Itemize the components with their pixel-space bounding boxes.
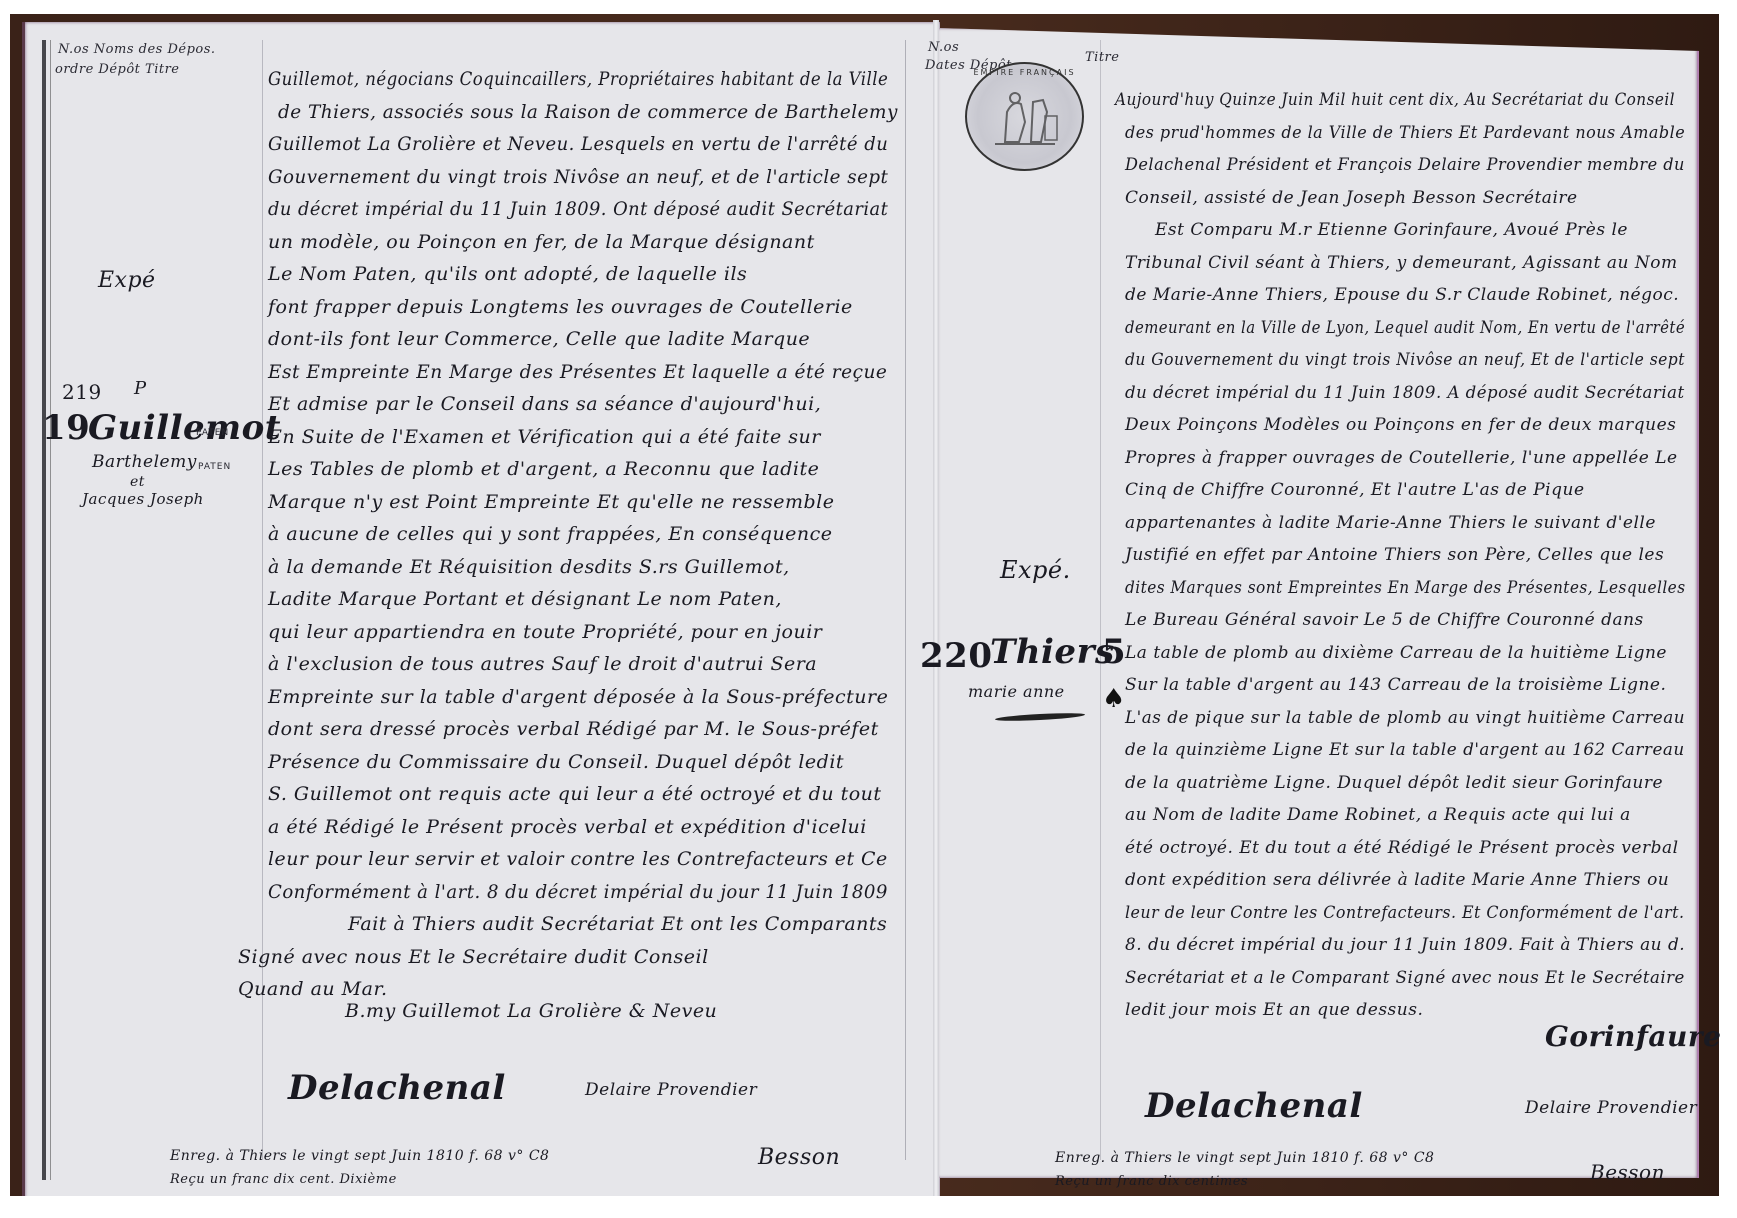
handwritten-line: 8. du décret impérial du jour 11 Juin 18… xyxy=(1125,935,1685,955)
left-entry-first-names-3: Jacques Joseph xyxy=(82,490,204,508)
left-signature-secretary: Besson xyxy=(758,1145,840,1170)
handwritten-line: Deux Poinçons Modèles ou Poinçons en fer… xyxy=(1125,415,1676,435)
handwritten-line: Fait à Thiers audit Secrétariat Et ont l… xyxy=(348,913,887,935)
handwritten-line: à l'exclusion de tous autres Sauf le dro… xyxy=(268,653,817,675)
seal-figure-icon xyxy=(985,82,1063,152)
handwritten-line: Delachenal Président et François Delaire… xyxy=(1125,155,1685,175)
handwritten-line: été octroyé. Et du tout a été Rédigé le … xyxy=(1125,838,1679,858)
handwritten-line: Tribunal Civil séant à Thiers, y demeura… xyxy=(1125,253,1678,273)
image-border-right xyxy=(1719,0,1737,1218)
margin-rule-right xyxy=(1100,40,1101,1160)
image-border-bottom xyxy=(0,1196,1737,1218)
left-entry-mark-label-1: PATEN xyxy=(196,428,229,438)
right-margin-expedie: Expé. xyxy=(1000,556,1071,584)
handwritten-line: Signé avec nous Et le Secrétaire dudit C… xyxy=(238,946,709,968)
handwritten-line: Justifié en effet par Antoine Thiers son… xyxy=(1125,545,1664,565)
handwritten-line: Quand au Mar. xyxy=(238,978,388,1000)
handwritten-line: dont expédition sera délivrée à ladite M… xyxy=(1125,870,1669,890)
handwritten-line: à aucune de celles qui y sont frappées, … xyxy=(268,523,833,545)
handwritten-line: Les Tables de plomb et d'argent, a Recon… xyxy=(268,458,819,480)
left-entry-number-small: 219 xyxy=(62,380,102,404)
right-entry-number: 220 xyxy=(920,636,992,676)
right-entry-mark-number: 5 xyxy=(1102,632,1126,672)
left-registration-line1: Enreg. à Thiers le vingt sept Juin 1810 … xyxy=(170,1148,549,1164)
right-signature-secretary: Besson xyxy=(1590,1160,1665,1184)
handwritten-line: Le Bureau Général savoir Le 5 de Chiffre… xyxy=(1125,610,1644,630)
spade-mark-icon: ♠ xyxy=(1102,684,1125,714)
left-depositor-signature: B.my Guillemot La Grolière & Neveu xyxy=(345,1000,717,1022)
left-registration-line2: Reçu un franc dix cent. Dixième xyxy=(170,1172,397,1187)
binding-edge-inner xyxy=(50,40,51,1180)
left-entry-first-names-2: et xyxy=(130,474,145,490)
handwritten-line: S. Guillemot ont requis acte qui leur a … xyxy=(268,783,882,805)
right-entry-place: Thiers xyxy=(990,632,1115,672)
handwritten-line: de la quatrième Ligne. Duquel dépôt ledi… xyxy=(1125,773,1663,793)
page-fold xyxy=(933,20,939,1200)
right-signature-president: Delachenal xyxy=(1145,1086,1363,1126)
handwritten-line: L'as de pique sur la table de plomb au v… xyxy=(1125,708,1685,728)
left-signature-president: Delachenal xyxy=(288,1068,506,1108)
right-depositor-signature: Gorinfaure xyxy=(1545,1020,1721,1053)
handwritten-line: dites Marques sont Empreintes En Marge d… xyxy=(1125,578,1686,598)
handwritten-line: Gouvernement du vingt trois Nivôse an ne… xyxy=(268,166,888,188)
left-margin-expedie: Expé xyxy=(98,268,156,293)
handwritten-line: Propres à frapper ouvrages de Coutelleri… xyxy=(1125,448,1678,468)
right-signature-member: Delaire Provendier xyxy=(1525,1098,1697,1118)
handwritten-line: Empreinte sur la table d'argent déposée … xyxy=(268,686,888,708)
handwritten-line: Guillemot La Grolière et Neveu. Lesquels… xyxy=(268,133,888,155)
handwritten-line: font frapper depuis Longtems les ouvrage… xyxy=(268,296,853,318)
left-entry-first-names-1: Barthelemy xyxy=(92,452,197,472)
handwritten-line: Est Comparu M.r Etienne Gorinfaure, Avou… xyxy=(1155,220,1628,240)
left-entry-number: 19 xyxy=(42,408,90,448)
handwritten-line: Aujourd'huy Quinze Juin Mil huit cent di… xyxy=(1115,90,1675,110)
handwritten-line: du décret impérial du 11 Juin 1809. Ont … xyxy=(268,198,888,220)
handwritten-line: du Gouvernement du vingt trois Nivôse an… xyxy=(1125,350,1685,370)
handwritten-line: de Marie-Anne Thiers, Epouse du S.r Clau… xyxy=(1125,285,1679,305)
left-signature-member: Delaire Provendier xyxy=(585,1080,757,1100)
seal-legend: EMPIRE FRANÇAIS xyxy=(967,68,1082,77)
handwritten-line: du décret impérial du 11 Juin 1809. A dé… xyxy=(1125,383,1685,403)
right-header-line1: N.os xyxy=(928,40,959,55)
left-entry-surname: Guillemot xyxy=(88,408,281,448)
left-entry-mark-small: P xyxy=(134,378,147,399)
handwritten-line: appartenantes à ladite Marie-Anne Thiers… xyxy=(1125,513,1656,533)
handwritten-line: un modèle, ou Poinçon en fer, de la Marq… xyxy=(268,231,815,253)
binding-edge xyxy=(42,40,46,1180)
handwritten-line: Cinq de Chiffre Couronné, Et l'autre L'a… xyxy=(1125,480,1585,500)
handwritten-line: Sur la table d'argent au 143 Carreau de … xyxy=(1125,675,1666,695)
left-header-line1: N.os Noms des Dépos. xyxy=(58,42,216,57)
handwritten-line: Conformément à l'art. 8 du décret impéri… xyxy=(268,881,888,903)
handwritten-line: a été Rédigé le Présent procès verbal et… xyxy=(268,816,867,838)
image-border-top xyxy=(0,0,1737,14)
handwritten-line: ledit jour mois Et an que dessus. xyxy=(1125,1000,1423,1020)
right-registration-line1: Enreg. à Thiers le vingt sept Juin 1810 … xyxy=(1055,1150,1434,1166)
handwritten-line: à la demande Et Réquisition desdits S.rs… xyxy=(268,556,790,578)
left-header-line2: ordre Dépôt Titre xyxy=(55,62,179,77)
right-entry-first-names: marie anne xyxy=(968,682,1065,701)
handwritten-line: demeurant en la Ville de Lyon, Lequel au… xyxy=(1125,318,1685,338)
handwritten-line: au Nom de ladite Dame Robinet, a Requis … xyxy=(1125,805,1631,825)
handwritten-line: de Thiers, associés sous la Raison de co… xyxy=(278,101,898,123)
handwritten-line: Guillemot, négocians Coquincaillers, Pro… xyxy=(268,68,888,90)
handwritten-line: Présence du Commissaire du Conseil. Duqu… xyxy=(268,751,844,773)
handwritten-line: Marque n'y est Point Empreinte Et qu'ell… xyxy=(268,491,834,513)
handwritten-line: Et admise par le Conseil dans sa séance … xyxy=(268,393,821,415)
handwritten-line: En Suite de l'Examen et Vérification qui… xyxy=(268,426,821,448)
handwritten-line: dont-ils font leur Commerce, Celle que l… xyxy=(268,328,810,350)
handwritten-line: leur pour leur servir et valoir contre l… xyxy=(268,848,888,870)
left-entry-mark-label-2: PATEN xyxy=(198,462,231,472)
handwritten-line: qui leur appartiendra en toute Propriété… xyxy=(268,621,822,643)
handwritten-line: Conseil, assisté de Jean Joseph Besson S… xyxy=(1125,188,1578,208)
handwritten-line: leur de leur Contre les Contrefacteurs. … xyxy=(1125,903,1685,923)
handwritten-line: des prud'hommes de la Ville de Thiers Et… xyxy=(1125,123,1685,143)
handwritten-line: Ladite Marque Portant et désignant Le no… xyxy=(268,588,782,610)
handwritten-line: dont sera dressé procès verbal Rédigé pa… xyxy=(268,718,879,740)
handwritten-line: Est Empreinte En Marge des Présentes Et … xyxy=(268,361,887,383)
handwritten-line: Secrétariat et a le Comparant Signé avec… xyxy=(1125,968,1685,988)
embossed-seal: EMPIRE FRANÇAIS xyxy=(965,62,1084,171)
image-border-left xyxy=(0,0,10,1218)
right-registration-line2: Reçu un franc dix centimes xyxy=(1055,1174,1248,1189)
right-header-line3: Titre xyxy=(1085,50,1119,65)
handwritten-line: de la quinzième Ligne Et sur la table d'… xyxy=(1125,740,1685,760)
handwritten-line: La table de plomb au dixième Carreau de … xyxy=(1125,643,1667,663)
handwritten-line: Le Nom Paten, qu'ils ont adopté, de laqu… xyxy=(268,263,747,285)
margin-rule-center xyxy=(905,40,906,1160)
